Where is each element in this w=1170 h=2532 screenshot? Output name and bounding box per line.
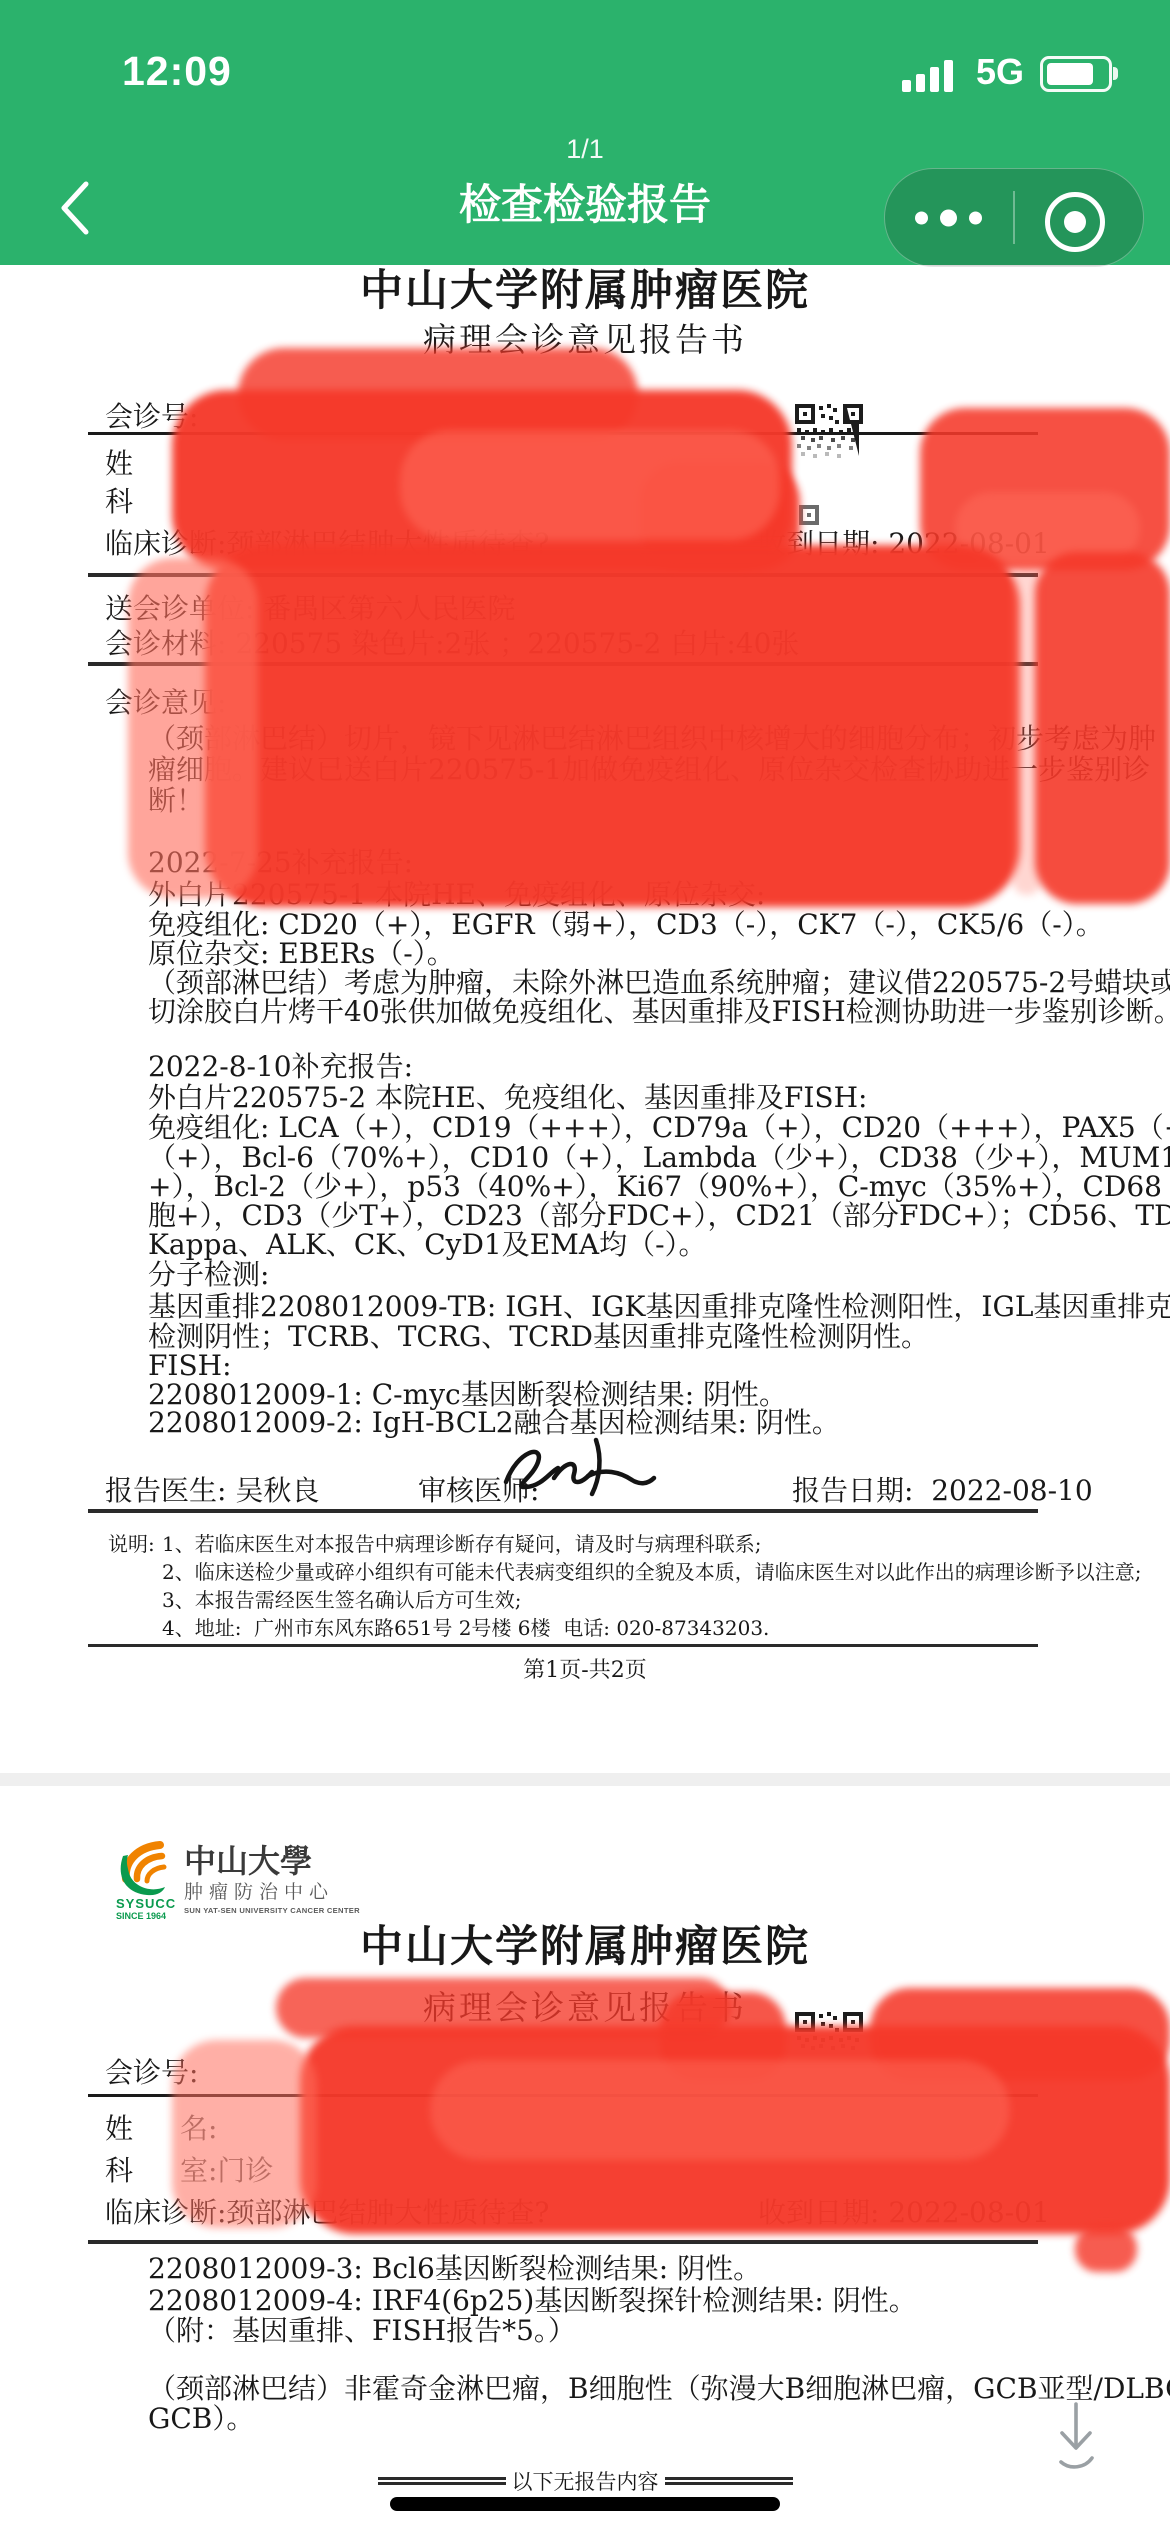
hospital-title: 中山大学附属肿瘤医院 [0,266,1170,318]
doc-line: GCB）。 [148,2402,254,2436]
note-line: 3、本报告需经医生签名确认后方可生效; [162,1588,521,1612]
doc-line: （附：基因重排、FISH报告*5。） [148,2314,576,2348]
hospital-title: 中山大学附属肿瘤医院 [0,1922,1170,1974]
svg-text:SUN YAT-SEN UNIVERSITY CANCER: SUN YAT-SEN UNIVERSITY CANCER CENTER [184,1906,360,1915]
target-dot-icon [1064,211,1086,233]
report-date: 报告日期: 2022-08-10 [792,1474,1093,1508]
sup2-title: 2022-8-10补充报告: [148,1050,413,1084]
signal-bars-icon [902,60,962,92]
svg-text:SYSUCC: SYSUCC [116,1896,176,1911]
doc-line: 2208012009-3: Bcl6基因断裂检测结果: 阴性。 [148,2252,761,2286]
dept-label: 科 [105,485,133,519]
note-line: 1、若临床医生对本报告中病理诊断存有疑问，请及时与病理科联系; [162,1532,761,1556]
name-label: 姓 [105,2112,133,2146]
status-bar: 12:09 5G [0,48,1170,98]
dept-label: 科 [105,2154,133,2188]
page-indicator: 1/1 [0,134,1170,165]
redaction-scribble [1075,2226,1137,2272]
redaction-scribble [400,430,780,540]
more-options-button[interactable] [909,169,1013,266]
doc-line: 外白片220575-2 本院HE、免疫组化、基因重排及FISH: [148,1081,867,1115]
name-label: 姓 [105,447,133,481]
sysucc-logo: SYSUCC SINCE 1964 中山大學 肿瘤防治中心 SUN YAT-SE… [112,1836,362,1922]
redaction-scribble [205,545,1020,907]
back-chevron-icon [56,178,96,238]
divider-line [88,1509,1038,1513]
doc-line: 基因重排2208012009-TB: IGH、IGK基因重排克隆性检测阳性，IG… [148,1290,1170,1324]
redaction-scribble [172,2040,317,2228]
divider-line [88,2240,1038,2244]
status-time: 12:09 [122,48,232,95]
doc-line: 分子检测: [148,1258,269,1292]
close-miniprogram-button[interactable] [1045,192,1105,252]
more-dots-icon [915,211,928,224]
network-type-label: 5G [976,51,1024,93]
end-of-report-marker: 以下无报告内容 [0,2466,1170,2496]
doc-line: Kappa、ALK、CK、CyD1及EMA均（-）。 [148,1228,707,1262]
more-dots-icon [969,211,982,224]
nav-header: 12:09 5G 1/1 检查检验报告 [0,0,1170,265]
note-line: 2、临床送检少量或碎小组织有可能未代表病变组织的全貌及本质，请临床医生对以此作出… [162,1560,1141,1584]
battery-icon [1040,56,1112,92]
page-separator [0,1773,1170,1786]
svg-text:SINCE 1964: SINCE 1964 [116,1911,166,1921]
end-marker-text: 以下无报告内容 [512,2466,659,2496]
report-doctor: 报告医生: 吴秋良 [105,1474,319,1508]
note-line: 4、地址: 广州市东风东路651号 2号楼 6楼 电话: 020-8734320… [162,1616,769,1640]
phone-screen: 12:09 5G 1/1 检查检验报告 中山大学附属肿瘤医院 病理 [0,0,1170,2532]
doc-line: 2208012009-4: IRF4(6p25)基因断裂探针检测结果: 阴性。 [148,2284,917,2318]
more-dots-icon [940,209,957,226]
double-line [378,2477,506,2485]
redaction-scribble [1035,552,1170,904]
svg-text:肿瘤防治中心: 肿瘤防治中心 [184,1881,334,1903]
doc-line: 检测阴性；TCRB、TCRG、TCRD基因重排克隆性检测阴性。 [148,1320,929,1354]
scroll-down-button[interactable] [1052,2400,1100,2476]
redaction-scribble [430,2060,1010,2160]
double-line [665,2477,793,2485]
page-number: 第1页-共2页 [0,1658,1170,1684]
svg-text:中山大學: 中山大學 [184,1842,312,1880]
doc-line: （颈部淋巴结）非霍奇金淋巴瘤，B细胞性（弥漫大B细胞淋巴瘤，GCB亚型/DLBC… [148,2372,1170,2406]
home-indicator[interactable] [390,2497,780,2511]
doc-line: 免疫组化: LCA（+），CD19（+++），CD79a（+），CD20（+++… [148,1111,1170,1145]
doc-line: 切涂胶白片烤干40张供加做免疫组化、基因重排及FISH检测协助进一步鉴别诊断。 [148,995,1170,1029]
capsule-divider [1013,191,1015,244]
divider-line [88,1644,1038,1647]
scroll-down-arrow-icon [1052,2400,1100,2476]
miniprogram-capsule [884,168,1144,267]
notes-label: 说明: [108,1532,155,1556]
redaction-scribble [128,558,258,898]
back-button[interactable] [56,178,96,238]
qr-ghost-square [797,503,821,527]
reviewer-signature [492,1432,662,1512]
qr-code [793,402,865,476]
